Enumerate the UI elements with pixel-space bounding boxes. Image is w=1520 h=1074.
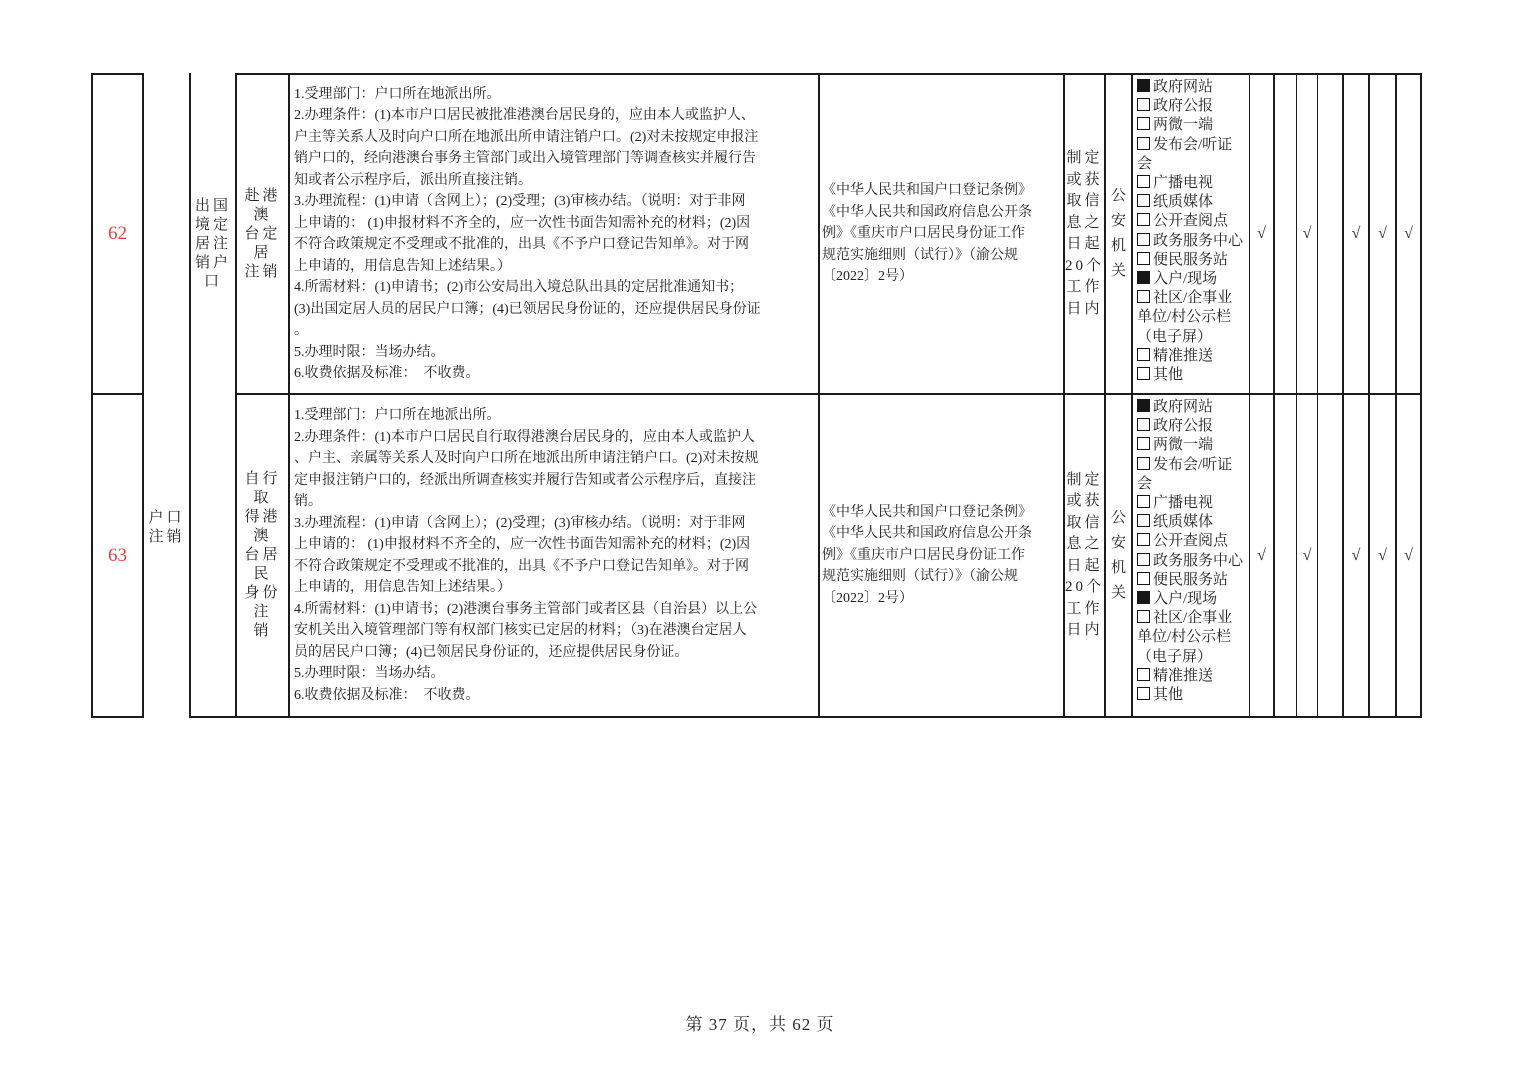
service-detail-cell: 1.受理部门：户口所在地派出所。 2.办理条件：(1)本市户口居民被批准港澳台居… xyxy=(290,73,820,395)
service-catalog-table: 户口 注销 出国 境定 居注 销户 口 62 赴港澳 台定居 注销 1.受理部门… xyxy=(91,73,1422,718)
channel-option: 政务服务中心 xyxy=(1137,552,1241,571)
channel-label: 发布会/听证会 xyxy=(1137,137,1232,172)
channel-label: 社区/企事业单位/村公示栏（电子屏） xyxy=(1137,610,1232,664)
checkbox-unchecked-icon xyxy=(1137,457,1150,470)
channel-label: 公开查阅点 xyxy=(1153,533,1228,549)
check-cell: √ xyxy=(1297,73,1318,395)
channel-option: 其他 xyxy=(1137,366,1241,385)
channel-option: 其他 xyxy=(1137,686,1241,705)
checkbox-checked-icon xyxy=(1137,399,1150,412)
channel-option: 政务服务中心 xyxy=(1137,232,1241,251)
check-cell: √ xyxy=(1370,73,1397,395)
check-cell: √ xyxy=(1297,395,1318,718)
checkbox-unchecked-icon xyxy=(1137,137,1150,150)
checkbox-checked-icon xyxy=(1137,591,1150,604)
service-detail-cell: 1.受理部门：户口所在地派出所。 2.办理条件：(1)本市户口居民自行取得港澳台… xyxy=(290,395,820,718)
channel-label: 公开查阅点 xyxy=(1153,213,1228,229)
checkbox-unchecked-icon xyxy=(1137,687,1150,700)
channel-label: 两微一端 xyxy=(1153,437,1213,453)
channel-option: 纸质媒体 xyxy=(1137,513,1241,532)
checkbox-unchecked-icon xyxy=(1137,418,1150,431)
channel-label: 纸质媒体 xyxy=(1153,514,1213,530)
agency-cell: 公 安 机 关 xyxy=(1106,395,1133,718)
channel-option: 精准推送 xyxy=(1137,347,1241,366)
channel-option: 公开查阅点 xyxy=(1137,212,1241,231)
checkbox-unchecked-icon xyxy=(1137,175,1150,188)
checkbox-unchecked-icon xyxy=(1137,348,1150,361)
channel-list: 政府网站政府公报两微一端发布会/听证会广播电视纸质媒体公开查阅点政务服务中心便民… xyxy=(1137,398,1241,705)
channel-option: 政府网站 xyxy=(1137,78,1241,97)
checkbox-unchecked-icon xyxy=(1137,194,1150,207)
page-footer: 第 37 页，共 62 页 xyxy=(0,1010,1520,1035)
channel-label: 其他 xyxy=(1153,687,1183,703)
channel-label: 政府公报 xyxy=(1153,98,1213,114)
channel-option: 便民服务站 xyxy=(1137,251,1241,270)
agency-cell: 公 安 机 关 xyxy=(1106,73,1133,395)
checkbox-unchecked-icon xyxy=(1137,117,1150,130)
channel-option: 发布会/听证会 xyxy=(1137,136,1241,174)
channel-option: 便民服务站 xyxy=(1137,571,1241,590)
channel-option: 政府公报 xyxy=(1137,97,1241,116)
checkbox-checked-icon xyxy=(1137,271,1150,284)
channel-label: 两微一端 xyxy=(1153,117,1213,133)
row-number: 62 xyxy=(91,73,144,395)
checkbox-unchecked-icon xyxy=(1137,553,1150,566)
checkbox-unchecked-icon xyxy=(1137,668,1150,681)
time-limit-cell: 制定 或获 取信 息之 日起 20个 工作 日内 xyxy=(1065,73,1106,395)
channel-option: 政府网站 xyxy=(1137,398,1241,417)
channel-option: 入户/现场 xyxy=(1137,270,1241,289)
check-cell xyxy=(1318,395,1344,718)
channel-option: 政府公报 xyxy=(1137,417,1241,436)
channel-label: 广播电视 xyxy=(1153,175,1213,191)
channel-label: 政府网站 xyxy=(1153,399,1213,415)
channel-option: 发布会/听证会 xyxy=(1137,456,1241,494)
check-cell: √ xyxy=(1344,395,1370,718)
channel-label: 入户/现场 xyxy=(1153,591,1217,607)
channel-label: 纸质媒体 xyxy=(1153,194,1213,210)
channel-label: 政务服务中心 xyxy=(1153,553,1243,569)
channel-option: 纸质媒体 xyxy=(1137,193,1241,212)
publication-channels-cell: 政府网站政府公报两微一端发布会/听证会广播电视纸质媒体公开查阅点政务服务中心便民… xyxy=(1133,73,1250,395)
publication-channels-cell: 政府网站政府公报两微一端发布会/听证会广播电视纸质媒体公开查阅点政务服务中心便民… xyxy=(1133,395,1250,718)
row-number: 63 xyxy=(91,395,144,718)
check-cell xyxy=(1318,73,1344,395)
channel-label: 便民服务站 xyxy=(1153,252,1228,268)
channel-option: 广播电视 xyxy=(1137,174,1241,193)
checkbox-unchecked-icon xyxy=(1137,213,1150,226)
channel-option: 公开查阅点 xyxy=(1137,532,1241,551)
category-level3-cell: 赴港澳 台定居 注销 xyxy=(237,73,290,395)
checkbox-checked-icon xyxy=(1137,79,1150,92)
checkbox-unchecked-icon xyxy=(1137,572,1150,585)
check-cell: √ xyxy=(1397,73,1422,395)
channel-label: 广播电视 xyxy=(1153,495,1213,511)
channel-label: 政务服务中心 xyxy=(1153,233,1243,249)
category-level3-cell: 自行取 得港澳 台居民 身份注 销 xyxy=(237,395,290,718)
channel-list: 政府网站政府公报两微一端发布会/听证会广播电视纸质媒体公开查阅点政务服务中心便民… xyxy=(1137,78,1241,385)
channel-option: 入户/现场 xyxy=(1137,590,1241,609)
channel-option: 社区/企事业单位/村公示栏（电子屏） xyxy=(1137,289,1241,347)
check-cell xyxy=(1275,395,1297,718)
checkbox-unchecked-icon xyxy=(1137,437,1150,450)
channel-option: 精准推送 xyxy=(1137,667,1241,686)
channel-label: 政府公报 xyxy=(1153,418,1213,434)
channel-option: 两微一端 xyxy=(1137,116,1241,135)
checkbox-unchecked-icon xyxy=(1137,514,1150,527)
check-cell: √ xyxy=(1250,395,1275,718)
check-cell: √ xyxy=(1344,73,1370,395)
check-cell: √ xyxy=(1397,395,1422,718)
checkbox-unchecked-icon xyxy=(1137,495,1150,508)
category-level2-cell: 出国 境定 居注 销户 口 xyxy=(191,73,237,718)
checkbox-unchecked-icon xyxy=(1137,610,1150,623)
checkbox-unchecked-icon xyxy=(1137,290,1150,303)
channel-label: 社区/企事业单位/村公示栏（电子屏） xyxy=(1137,290,1232,344)
checkbox-unchecked-icon xyxy=(1137,252,1150,265)
channel-label: 政府网站 xyxy=(1153,79,1213,95)
checkbox-unchecked-icon xyxy=(1137,367,1150,380)
channel-option: 两微一端 xyxy=(1137,436,1241,455)
check-cell xyxy=(1275,73,1297,395)
legal-basis-cell: 《中华人民共和国户口登记条例》 《中华人民共和国政府信息公开条 例》《重庆市户口… xyxy=(820,395,1065,718)
checkbox-unchecked-icon xyxy=(1137,233,1150,246)
channel-option: 社区/企事业单位/村公示栏（电子屏） xyxy=(1137,609,1241,667)
check-cell: √ xyxy=(1370,395,1397,718)
channel-label: 精准推送 xyxy=(1153,348,1213,364)
channel-label: 精准推送 xyxy=(1153,668,1213,684)
check-cell: √ xyxy=(1250,73,1275,395)
checkbox-unchecked-icon xyxy=(1137,98,1150,111)
channel-label: 发布会/听证会 xyxy=(1137,457,1232,492)
time-limit-cell: 制定 或获 取信 息之 日起 20个 工作 日内 xyxy=(1065,395,1106,718)
legal-basis-cell: 《中华人民共和国户口登记条例》 《中华人民共和国政府信息公开条 例》《重庆市户口… xyxy=(820,73,1065,395)
channel-option: 广播电视 xyxy=(1137,494,1241,513)
checkbox-unchecked-icon xyxy=(1137,533,1150,546)
category-level1-cell: 户口 注销 xyxy=(144,73,191,718)
channel-label: 便民服务站 xyxy=(1153,572,1228,588)
channel-label: 其他 xyxy=(1153,367,1183,383)
channel-label: 入户/现场 xyxy=(1153,271,1217,287)
